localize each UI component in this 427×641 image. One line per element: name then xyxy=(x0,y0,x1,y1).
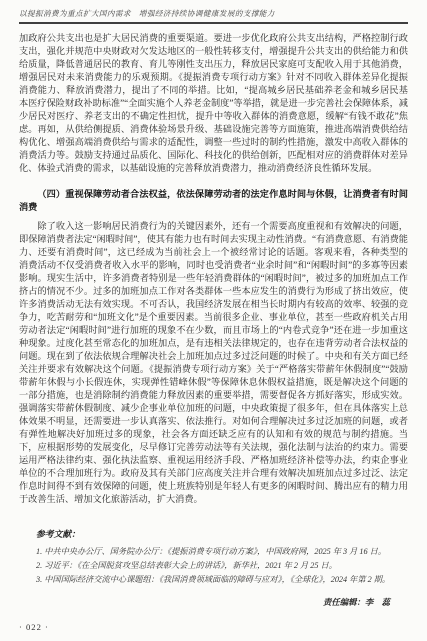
reference-item-3: 3. 中国国际经济交流中心课题组：《我国消费领域面临的障碍与应对》，《全球化》，… xyxy=(36,573,408,587)
journal-page: 以提振消费为重点扩大国内需求 增强经济持续协调健康发展的支撑能力 加政府公共支出… xyxy=(0,0,427,641)
references-section: 参考文献： 1. 中共中央办公厅、国务院办公厅：《提振消费专项行动方案》，中国政… xyxy=(19,527,408,587)
page-content: 以提振消费为重点扩大国内需求 增强经济持续协调健康发展的支撑能力 加政府公共支出… xyxy=(0,0,427,608)
page-number: · 022 · xyxy=(19,622,49,632)
reference-item-1: 1. 中共中央办公厅、国务院办公厅：《提振消费专项行动方案》，中国政府网，202… xyxy=(36,545,408,559)
body-paragraph-2: 除了收入这一影响居民消费行为的关键因素外，还有一个需要高度重视和有效解决的问题，… xyxy=(19,220,408,506)
article-body: 加政府公共支出也是扩大居民消费的重要渠道。要进一步优化政府公共支出结构，严格控制… xyxy=(19,32,408,506)
header-rule xyxy=(19,22,408,24)
references-title: 参考文献： xyxy=(36,527,408,540)
editor-credit: 责任编辑：李 蕊 xyxy=(19,596,408,608)
section-heading-4: （四）重视保障劳动者合法权益，依法保障劳动者的法定作息时间与休假，让消费者有时间… xyxy=(19,188,408,214)
body-paragraph-1: 加政府公共支出也是扩大居民消费的重要渠道。要进一步优化政府公共支出结构，严格控制… xyxy=(19,32,408,175)
running-header-title: 以提振消费为重点扩大国内需求 增强经济持续协调健康发展的支撑能力 xyxy=(19,6,408,19)
reference-item-2: 2. 习近平：《在全国脱贫攻坚总结表彰大会上的讲话》，新华社，2021 年 2 … xyxy=(36,559,408,573)
